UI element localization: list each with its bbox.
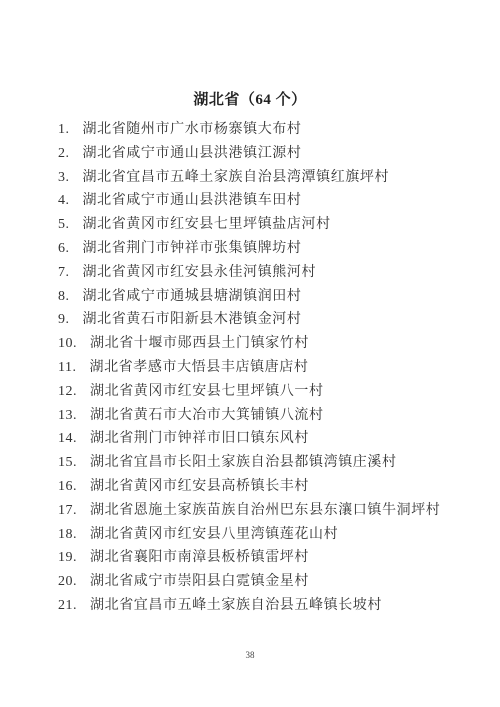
list-item-number: 14. [58, 427, 77, 451]
list-item: 8.湖北省咸宁市通城县塘湖镇润田村 [58, 285, 480, 309]
list-item: 2.湖北省咸宁市通山县洪港镇江源村 [58, 142, 480, 166]
list-item: 1.湖北省随州市广水市杨寨镇大布村 [58, 118, 480, 142]
list-item-text: 湖北省咸宁市崇阳县白霓镇金星村 [90, 574, 309, 589]
list-item-number: 2. [58, 142, 70, 166]
list-item-text: 湖北省咸宁市通山县洪港镇车田村 [83, 193, 302, 208]
list-item-number: 1. [58, 118, 70, 142]
list-item-number: 21. [58, 594, 77, 618]
list-item: 16.湖北省黄冈市红安县高桥镇长丰村 [58, 475, 480, 499]
list-item-number: 16. [58, 475, 77, 499]
list-item-text: 湖北省黄冈市红安县七里坪镇盐店河村 [83, 217, 331, 232]
list-item-number: 8. [58, 285, 70, 309]
list-item-text: 湖北省襄阳市南漳县板桥镇雷坪村 [90, 550, 309, 565]
page-number: 38 [0, 650, 500, 660]
list-item-text: 湖北省荆门市钟祥市旧口镇东风村 [90, 431, 309, 446]
list-item-number: 10. [58, 332, 77, 356]
list-item-number: 20. [58, 570, 77, 594]
list-item: 11.湖北省孝感市大悟县丰店镇唐店村 [58, 356, 480, 380]
list-item-text: 湖北省黄冈市红安县永佳河镇熊河村 [83, 265, 317, 280]
list-item-text: 湖北省荆门市钟祥市张集镇牌坊村 [83, 241, 302, 256]
list-item: 18.湖北省黄冈市红安县八里湾镇莲花山村 [58, 523, 480, 547]
list-item-text: 湖北省宜昌市五峰土家族自治县湾潭镇红旗坪村 [83, 170, 390, 185]
list-item-text: 湖北省随州市广水市杨寨镇大布村 [83, 122, 302, 137]
list-item-number: 15. [58, 451, 77, 475]
list-item-text: 湖北省咸宁市通城县塘湖镇润田村 [83, 289, 302, 304]
list-item-number: 18. [58, 523, 77, 547]
list-item-number: 6. [58, 237, 70, 261]
list-item-number: 17. [58, 499, 77, 523]
list-item: 21.湖北省宜昌市五峰土家族自治县五峰镇长坡村 [58, 594, 480, 618]
list-item-number: 7. [58, 261, 70, 285]
list-item-text: 湖北省黄冈市红安县八里湾镇莲花山村 [90, 527, 338, 542]
list-item-text: 湖北省黄冈市红安县高桥镇长丰村 [90, 479, 309, 494]
list-item: 7.湖北省黄冈市红安县永佳河镇熊河村 [58, 261, 480, 285]
village-list: 1.湖北省随州市广水市杨寨镇大布村 2.湖北省咸宁市通山县洪港镇江源村 3.湖北… [58, 118, 480, 618]
list-item-number: 12. [58, 380, 77, 404]
list-item: 6.湖北省荆门市钟祥市张集镇牌坊村 [58, 237, 480, 261]
list-item-text: 湖北省宜昌市五峰土家族自治县五峰镇长坡村 [90, 598, 382, 613]
page-title: 湖北省（64 个） [0, 88, 500, 109]
list-item-number: 19. [58, 546, 77, 570]
list-item: 12.湖北省黄冈市红安县七里坪镇八一村 [58, 380, 480, 404]
list-item: 5.湖北省黄冈市红安县七里坪镇盐店河村 [58, 213, 480, 237]
list-item: 20.湖北省咸宁市崇阳县白霓镇金星村 [58, 570, 480, 594]
list-item: 19.湖北省襄阳市南漳县板桥镇雷坪村 [58, 546, 480, 570]
list-item: 9.湖北省黄石市阳新县木港镇金河村 [58, 308, 480, 332]
list-item-text: 湖北省黄冈市红安县七里坪镇八一村 [90, 384, 324, 399]
list-item-number: 9. [58, 308, 70, 332]
list-item: 3.湖北省宜昌市五峰土家族自治县湾潭镇红旗坪村 [58, 166, 480, 190]
list-item-number: 13. [58, 404, 77, 428]
list-item-text: 湖北省恩施土家族苗族自治州巴东县东瀼口镇牛洞坪村 [90, 503, 440, 518]
list-item-number: 11. [58, 356, 76, 380]
list-item-text: 湖北省孝感市大悟县丰店镇唐店村 [89, 360, 308, 375]
list-item-text: 湖北省黄石市大冶市大箕铺镇八流村 [90, 408, 324, 423]
list-item-text: 湖北省宜昌市长阳土家族自治县都镇湾镇庄溪村 [90, 455, 397, 470]
list-item: 17.湖北省恩施土家族苗族自治州巴东县东瀼口镇牛洞坪村 [58, 499, 480, 523]
list-item-number: 3. [58, 166, 70, 190]
list-item: 14.湖北省荆门市钟祥市旧口镇东风村 [58, 427, 480, 451]
list-item-text: 湖北省黄石市阳新县木港镇金河村 [83, 312, 302, 327]
list-item-number: 4. [58, 189, 70, 213]
list-item: 4.湖北省咸宁市通山县洪港镇车田村 [58, 189, 480, 213]
list-item-number: 5. [58, 213, 70, 237]
list-item-text: 湖北省咸宁市通山县洪港镇江源村 [83, 146, 302, 161]
list-item-text: 湖北省十堰市郧西县土门镇家竹村 [90, 336, 309, 351]
document-page: 湖北省（64 个） 1.湖北省随州市广水市杨寨镇大布村 2.湖北省咸宁市通山县洪… [0, 0, 500, 707]
list-item: 10.湖北省十堰市郧西县土门镇家竹村 [58, 332, 480, 356]
list-item: 15.湖北省宜昌市长阳土家族自治县都镇湾镇庄溪村 [58, 451, 480, 475]
list-item: 13.湖北省黄石市大冶市大箕铺镇八流村 [58, 404, 480, 428]
